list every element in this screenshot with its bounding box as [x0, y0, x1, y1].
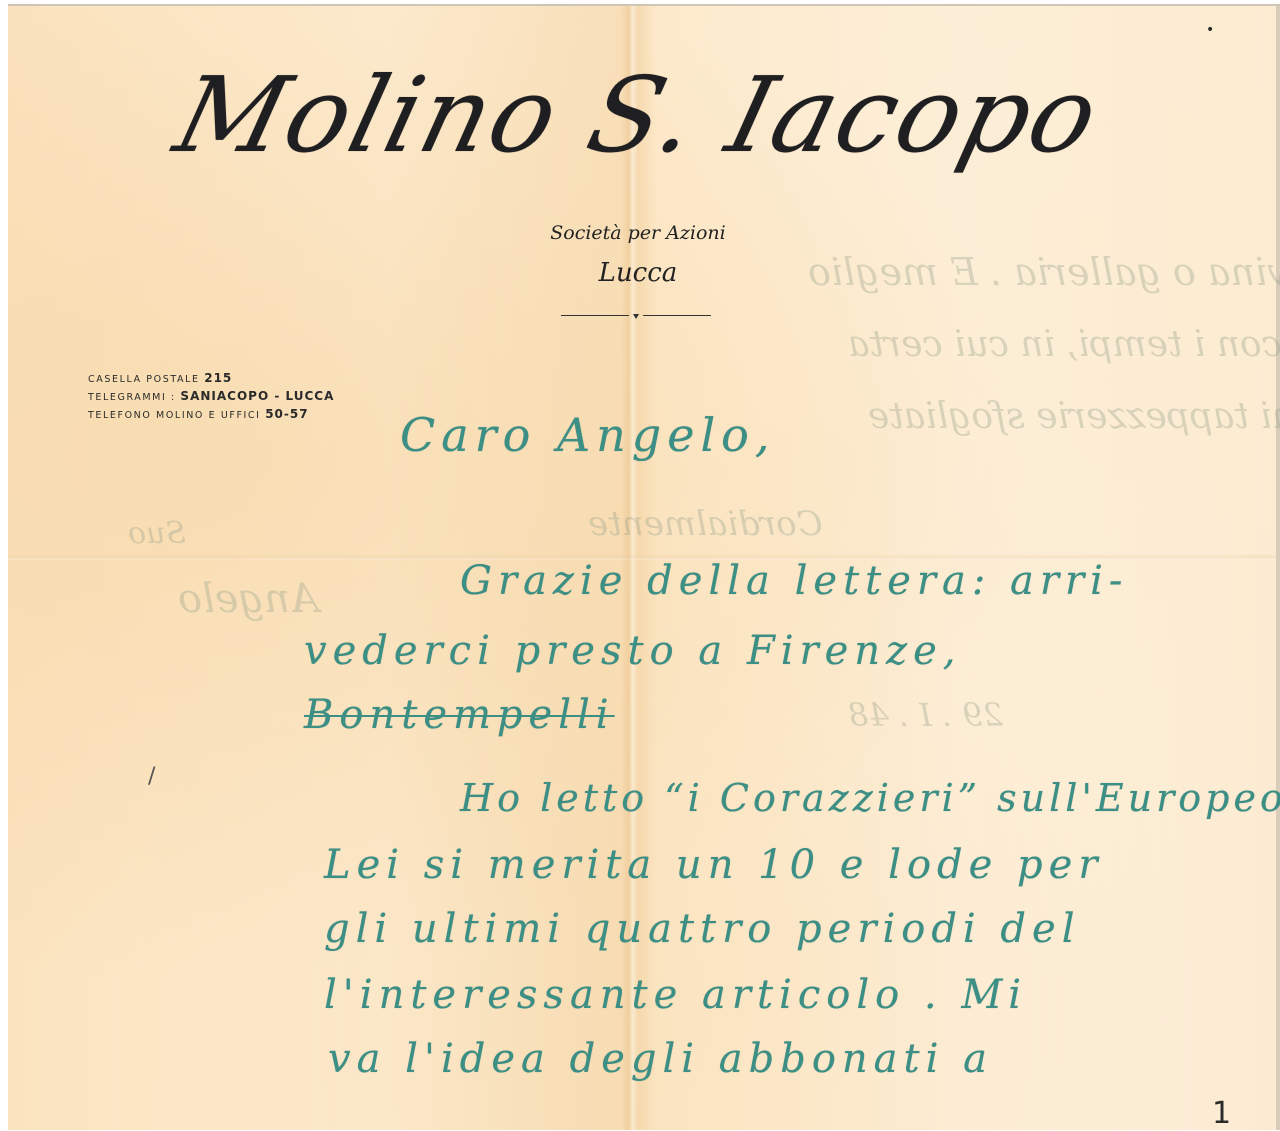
- bleed-through-line: Suo: [128, 516, 186, 551]
- company-city: Lucca: [488, 258, 788, 288]
- letter-line: Ho letto “i Corazzieri” sull'Europeo:: [460, 776, 1280, 820]
- ink-dot-mark: •: [1206, 22, 1214, 38]
- page-number: 1: [1212, 1096, 1231, 1128]
- margin-tick-mark: /: [148, 764, 155, 789]
- bleed-through-line: Cordialmente: [588, 504, 823, 544]
- telegram: TELEGRAMMI : SANIACOPO - LUCCA: [88, 388, 334, 406]
- company-name: Molino S. Iacopo: [143, 54, 1133, 176]
- ornament-divider: [561, 312, 711, 320]
- letter-line: va l'idea degli abbonati a: [328, 1036, 993, 1082]
- bleed-through-line: fini tappezzerie sfogliate: [868, 396, 1280, 437]
- letter-line: Grazie della lettera: arri-: [460, 558, 1128, 604]
- struck-name: Bontempelli: [304, 692, 615, 738]
- letter-line: vederci presto a Firenze,: [304, 628, 962, 674]
- bleed-through-line: Angelo: [178, 576, 319, 622]
- bleed-through-line: Stalvina o galleria . E meglio: [808, 250, 1280, 294]
- bleed-through-line: 29 . I . 48: [848, 696, 1003, 734]
- letter-line: gli ultimi quattro periodi del: [324, 906, 1081, 952]
- bleed-through-line: in stile con i tempi, in cui certa: [848, 324, 1280, 365]
- ornament-diamond-icon: [633, 314, 639, 319]
- po-box: CASELLA POSTALE 215: [88, 370, 334, 388]
- phone: TELEFONO MOLINO E UFFICI 50-57: [88, 406, 334, 424]
- letter-line: Lei si merita un 10 e lode per: [324, 842, 1103, 888]
- letter-line: Bontempelli: [304, 692, 615, 738]
- paper-edge: [1276, 6, 1280, 1128]
- letter-sheet: Molino S. Iacopo Società per Azioni Lucc…: [8, 4, 1280, 1128]
- letter-line: l'interessante articolo . Mi: [324, 972, 1027, 1018]
- contact-block: CASELLA POSTALE 215 TELEGRAMMI : SANIACO…: [88, 370, 334, 424]
- legal-form: Società per Azioni: [488, 222, 788, 244]
- salutation: Caro Angelo,: [400, 408, 775, 462]
